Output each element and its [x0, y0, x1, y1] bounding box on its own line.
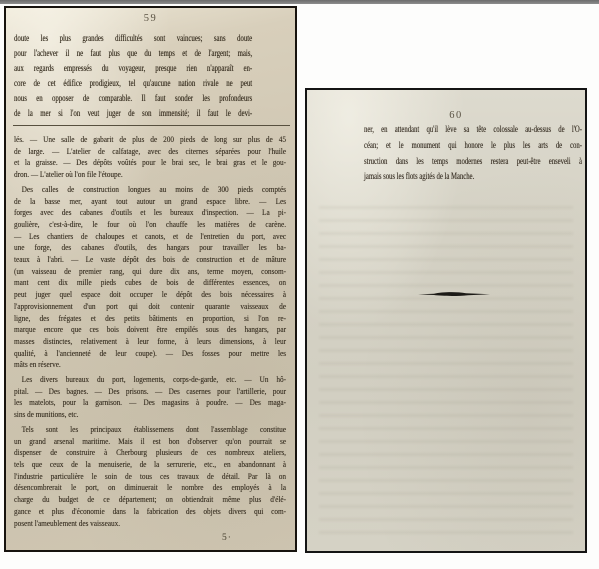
- text-line: un grand arsenal maritime. Mais il est b…: [14, 436, 286, 448]
- right-page: 60 ner, en attendant qu'il lève sa tête …: [305, 88, 587, 553]
- text-line: l'approvisionnement d'un port qui doit c…: [14, 301, 286, 313]
- footnote-paragraph: Les divers bureaux du port, logements, c…: [14, 374, 286, 421]
- right-text-block: ner, en attendant qu'il lève sa tête col…: [364, 123, 582, 186]
- page-number-right: 60: [441, 110, 471, 121]
- text-line: lés. — Une salle de gabarit de plus de 2…: [14, 134, 286, 146]
- text-line: aux regards empressés du voyageur, presq…: [14, 61, 252, 76]
- text-line: sins de munitions, etc.: [14, 409, 286, 421]
- footnote-paragraph: lés. — Une salle de gabarit de plus de 2…: [14, 134, 286, 181]
- left-page: 59 doute les plus grandes difficultés so…: [4, 6, 297, 552]
- text-line: qualité, à l'ancienneté de leur coupe). …: [14, 348, 286, 360]
- text-line: dron. — L'atelier où l'on file l'étoupe.: [14, 169, 286, 181]
- text-line: — Les chantiers de chaloupes et canots, …: [14, 231, 286, 243]
- footnote-separator-rule: [13, 125, 290, 126]
- text-line: doute les plus grandes difficultés sont …: [14, 31, 252, 46]
- scanned-book-spread: 59 doute les plus grandes difficultés so…: [0, 0, 599, 569]
- footnote-paragraph: Tels sont les principaux établissemens d…: [14, 424, 286, 529]
- text-line: une forge, des cabanes d'outils, des han…: [14, 242, 286, 254]
- text-line: jamais sous les flots agités de la Manch…: [364, 170, 582, 186]
- text-line: charge du budget de ce département; on o…: [14, 494, 286, 506]
- text-line: dispenser de construire à Cherbourg plus…: [14, 447, 286, 459]
- ink-bleed-through-texture: [319, 206, 573, 538]
- text-line: mâts en réserve.: [14, 359, 286, 371]
- text-line: de la basse mer, ayant tout autour un gr…: [14, 196, 286, 208]
- text-line: de la mer si l'on veut juger de son imme…: [14, 106, 252, 121]
- text-line: ner, en attendant qu'il lève sa tête col…: [364, 123, 582, 139]
- text-line: l'industrie particulière le soin de tous…: [14, 471, 286, 483]
- text-line: Les divers bureaux du port, logements, c…: [14, 374, 286, 386]
- ornamental-divider-rule: [418, 285, 490, 292]
- text-line: pour l'achever il ne faut plus que du te…: [14, 46, 252, 61]
- text-line: mant cent dix mille pieds cubes de bois …: [14, 277, 286, 289]
- text-line: core de cet édifice prodigieux, tel qu'a…: [14, 76, 252, 91]
- text-line: posent l'ameublement des vaisseaux.: [14, 518, 286, 530]
- text-line: forges avec des cabanes d'outils et les …: [14, 207, 286, 219]
- text-line: peut juger quel espace doit occuper le d…: [14, 289, 286, 301]
- text-line: tels que ceux de la menuiserie, de la se…: [14, 459, 286, 471]
- text-line: marque encore que ces bois doivent être …: [14, 324, 286, 336]
- text-line: teaux à l'abri. — Le vaste dépôt des boi…: [14, 254, 286, 266]
- text-line: goulière, c'est-à-dire, le four où l'on …: [14, 219, 286, 231]
- text-line: gance et plus d'économie dans la fabrica…: [14, 506, 286, 518]
- text-line: Des calles de construction longues au mo…: [14, 184, 286, 196]
- text-line: les matelots, pour la garnison. — Des ma…: [14, 397, 286, 409]
- text-line: nous en opposer de comparable. Il faut s…: [14, 91, 252, 106]
- scan-edge-bar: [0, 0, 599, 4]
- footnote-paragraph: Des calles de construction longues au mo…: [14, 184, 286, 371]
- text-line: masses distinctes, relativement à leur f…: [14, 336, 286, 348]
- text-line: de large. — L'atelier de calfatage, avec…: [14, 146, 286, 158]
- text-line: Tels sont les principaux établissemens d…: [14, 424, 286, 436]
- text-line: désencombrerait le port, on diminuerait …: [14, 482, 286, 494]
- text-line: struction dans les temps modernes rester…: [364, 155, 582, 171]
- main-text-block: doute les plus grandes difficultés sont …: [14, 31, 252, 121]
- text-line: céan; et le monument qui honore le plus …: [364, 139, 582, 155]
- text-line: (un vaisseau de premier rang, qui dure d…: [14, 266, 286, 278]
- footnote-block: lés. — Une salle de gabarit de plus de 2…: [14, 134, 286, 529]
- text-line: ligne, des frégates et des petits bâtime…: [14, 313, 286, 325]
- signature-mark: 5·: [222, 533, 232, 543]
- text-line: et la graisse. — Des dépôts voûtés pour …: [14, 157, 286, 169]
- text-line: pital. — Des bagnes. — Des prisons. — De…: [14, 386, 286, 398]
- page-number-left: 59: [6, 13, 295, 24]
